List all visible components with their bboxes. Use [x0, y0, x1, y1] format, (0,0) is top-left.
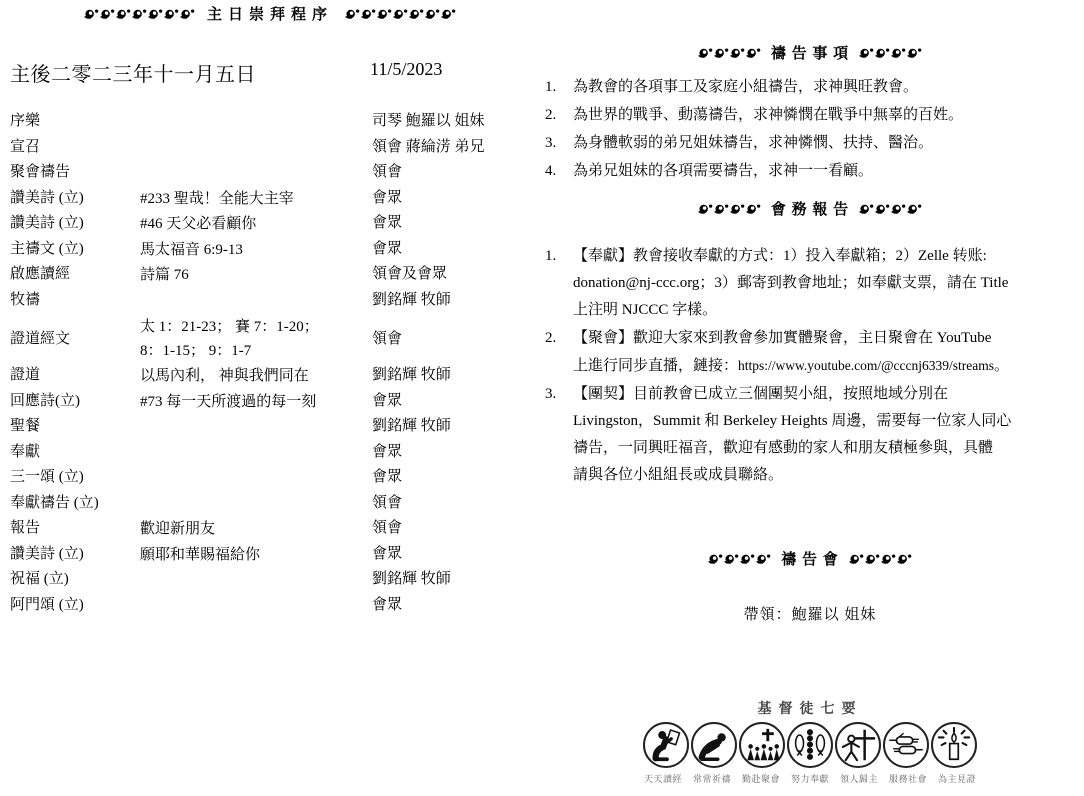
swirl-ornament-right — [345, 8, 456, 19]
program-leader-cell: 劉銘輝 牧師 — [372, 289, 538, 312]
lead-people-to-lord-icon — [835, 722, 881, 768]
prayer-requests-list: 為教會的各項事工及家庭小組禱告，求神興旺教會。 為世界的戰爭、動蕩禱告，求神憐憫… — [543, 73, 1077, 185]
prayer-requests-title: 禱 告 事 項 — [771, 42, 849, 63]
program-leader-cell: 會眾 — [372, 466, 538, 489]
program-leader-cell: 劉銘輝 牧師 — [372, 568, 538, 591]
prayer-meeting-header: 禱 告 會 — [543, 548, 1077, 569]
program-leader-cell: 劉銘輝 牧師 — [372, 415, 538, 438]
announcements-list: 【奉獻】教會接收奉獻的方式：1）投入奉獻箱；2）Zelle 转账: donati… — [543, 243, 1077, 489]
program-leader-cell: 領會 — [372, 161, 538, 184]
attend-meetings-icon — [739, 722, 785, 768]
essential-label: 勤赴聚會 — [738, 772, 785, 785]
program-row: 祝福 (立) 劉銘輝 牧師 — [10, 568, 538, 594]
program-leader-cell: 會眾 — [372, 594, 538, 617]
essential-label: 為主見證 — [934, 772, 981, 785]
swirl-ornament-left — [698, 203, 761, 214]
essential-label: 天天讀經 — [640, 772, 687, 785]
program-row: 回應詩(立) #73 每一天所渡過的每一刻 會眾 — [10, 390, 538, 416]
program-item-cell: 阿門頌 (立) — [10, 594, 140, 617]
swirl-ornament-left — [698, 47, 761, 58]
swirl-ornament-left — [84, 8, 195, 19]
program-row: 三一頌 (立) 會眾 — [10, 466, 538, 492]
prayer-requests-section: 禱 告 事 項 為教會的各項事工及家庭小組禱告，求神興旺教會。 為世界的戰爭、動… — [543, 42, 1077, 185]
program-leader-cell: 會眾 — [372, 543, 538, 566]
program-row: 奉獻禱告 (立) 領會 — [10, 492, 538, 518]
diligent-offering-icon — [787, 722, 833, 768]
program-item-cell: 聖餐 — [10, 415, 140, 438]
essential-label: 服務社會 — [885, 772, 932, 785]
prayer-request-item: 為身體軟弱的弟兄姐妹禱告，求神憐憫、扶持、醫治。 — [543, 129, 1077, 157]
seven-essentials-icons — [543, 722, 1077, 768]
swirl-ornament-right — [849, 553, 912, 564]
program-leader-cell: 司琴 鮑羅以 姐妹 — [372, 110, 538, 133]
program-leader-cell: 會眾 — [372, 238, 538, 261]
program-item-cell: 啟應讀經 — [10, 263, 140, 286]
program-item-cell: 奉獻禱告 (立) — [10, 492, 140, 515]
program-row: 讚美詩 (立) #233 聖哉！全能大主宰 會眾 — [10, 187, 538, 213]
program-item-cell: 讚美詩 (立) — [10, 543, 140, 566]
prayer-request-item: 為教會的各項事工及家庭小組禱告，求神興旺教會。 — [543, 73, 1077, 101]
program-item-cell: 牧禱 — [10, 289, 140, 312]
program-detail-cell: 以馬內利， 神與我們同在 — [140, 364, 372, 388]
daily-bible-reading-icon — [643, 722, 689, 768]
program-item-cell: 三一頌 (立) — [10, 466, 140, 489]
program-detail-cell: #73 每一天所渡過的每一刻 — [140, 390, 372, 414]
announcement-item-offering: 【奉獻】教會接收奉獻的方式：1）投入奉獻箱；2）Zelle 转账: donati… — [543, 243, 1077, 324]
prayer-meeting-title: 禱 告 會 — [781, 548, 839, 569]
program-row: 阿門頌 (立) 會眾 — [10, 594, 538, 620]
program-leader-cell: 會眾 — [372, 187, 538, 210]
witness-for-lord-icon — [931, 722, 977, 768]
swirl-ornament-right — [859, 203, 922, 214]
service-date-numeric: 11/5/2023 — [370, 59, 442, 80]
program-leader-cell: 會眾 — [372, 212, 538, 235]
essential-label: 領人歸主 — [836, 772, 883, 785]
program-item-cell: 祝福 (立) — [10, 568, 140, 591]
prayer-request-item: 為弟兄姐妹的各項需要禱告，求神一一看顧。 — [543, 157, 1077, 185]
program-leader-cell: 領會 — [372, 517, 538, 540]
program-item-cell: 序樂 — [10, 110, 140, 133]
page-title: 主日崇拜程序 — [207, 3, 333, 24]
program-detail-cell: 馬太福音 6:9-13 — [140, 238, 372, 262]
program-row: 奉獻 會眾 — [10, 441, 538, 467]
announcement-fellowship-text: 【團契】目前教會已成立三個團契小組，按照地域分別在 Livingston，Sum… — [573, 386, 1011, 483]
program-item-cell: 聚會禱告 — [10, 161, 140, 184]
announcement-offering-text: 【奉獻】教會接收奉獻的方式：1）投入奉獻箱；2）Zelle 转账: donati… — [573, 248, 1008, 318]
service-date-chinese: 主後二零二三年十一月五日 — [10, 64, 256, 86]
announcement-item-fellowship: 【團契】目前教會已成立三個團契小組，按照地域分別在 Livingston，Sum… — [543, 381, 1077, 489]
program-row: 聖餐 劉銘輝 牧師 — [10, 415, 538, 441]
program-row: 讚美詩 (立) #46 天父必看顧你 會眾 — [10, 212, 538, 238]
program-detail-cell: 歡迎新朋友 — [140, 517, 372, 541]
program-leader-cell: 領會及會眾 — [372, 263, 538, 286]
program-row: 證道經文 太 1：21-23； 賽 7：1-20； 8：1-15； 9：1-7 … — [10, 314, 538, 364]
constant-prayer-icon — [691, 722, 737, 768]
youtube-link[interactable]: https://www.youtube.com/@cccnj6339/strea… — [738, 358, 994, 373]
program-detail-cell: #46 天父必看顧你 — [140, 212, 372, 236]
prayer-meeting-section: 禱 告 會 帶領：鮑羅以 姐妹 — [543, 548, 1077, 624]
swirl-ornament-left — [708, 553, 771, 564]
program-leader-cell: 劉銘輝 牧師 — [372, 364, 538, 387]
program-leader-cell: 領會 — [372, 492, 538, 515]
serve-society-icon — [883, 722, 929, 768]
prayer-requests-header: 禱 告 事 項 — [543, 42, 1077, 63]
program-row: 主禱文 (立) 馬太福音 6:9-13 會眾 — [10, 238, 538, 264]
program-row: 證道 以馬內利， 神與我們同在 劉銘輝 牧師 — [10, 364, 538, 390]
program-detail-cell: 詩篇 76 — [140, 263, 372, 287]
seven-essentials-labels: 天天讀經 常常祈禱 勤赴聚會 努力奉獻 領人歸主 服務社會 為主見證 — [543, 772, 1077, 785]
bulletin-page: 主日崇拜程序 主後二零二三年十一月五日 11/5/2023 序樂 司琴 鮑羅以 … — [0, 0, 1084, 796]
program-row: 宣召 領會 蔣綸淓 弟兄 — [10, 136, 538, 162]
program-row: 牧禱 劉銘輝 牧師 — [10, 289, 538, 315]
program-row: 聚會禱告 領會 — [10, 161, 538, 187]
program-leader-cell: 會眾 — [372, 390, 538, 413]
prayer-meeting-leader: 帶領：鮑羅以 姐妹 — [543, 603, 1077, 624]
program-detail-cell: 太 1：21-23； 賽 7：1-20； 8：1-15； 9：1-7 — [140, 315, 372, 363]
worship-order-header: 主日崇拜程序 — [60, 3, 480, 24]
program-row: 序樂 司琴 鮑羅以 姐妹 — [10, 110, 538, 136]
announcements-header: 會 務 報 告 — [543, 198, 1077, 219]
program-leader-cell: 領會 — [372, 328, 538, 351]
announcement-item-gathering: 【聚會】歡迎大家來到教會參加實體聚會，主日聚會在 YouTube 上進行同步直播… — [543, 325, 1077, 380]
program-detail-cell: #233 聖哉！全能大主宰 — [140, 187, 372, 211]
program-leader-cell: 會眾 — [372, 441, 538, 464]
essential-label: 努力奉獻 — [787, 772, 834, 785]
program-item-cell: 主禱文 (立) — [10, 238, 140, 261]
program-detail-cell: 願耶和華賜福給你 — [140, 543, 372, 567]
program-item-cell: 讚美詩 (立) — [10, 212, 140, 235]
order-of-worship-section: 主後二零二三年十一月五日 11/5/2023 序樂 司琴 鮑羅以 姐妹 宣召 領… — [10, 58, 538, 619]
program-item-cell: 奉獻 — [10, 441, 140, 464]
program-item-cell: 證道 — [10, 364, 140, 387]
swirl-ornament-right — [859, 47, 922, 58]
program-item-cell: 讚美詩 (立) — [10, 187, 140, 210]
program-leader-cell: 領會 蔣綸淓 弟兄 — [372, 136, 538, 159]
program-table: 序樂 司琴 鮑羅以 姐妹 宣召 領會 蔣綸淓 弟兄 聚會禱告 領會 — [10, 110, 538, 619]
essential-label: 常常祈禱 — [689, 772, 736, 785]
announcement-gathering-period: 。 — [994, 358, 1009, 374]
program-item-cell: 報告 — [10, 517, 140, 540]
announcements-section: 會 務 報 告 【奉獻】教會接收奉獻的方式：1）投入奉獻箱；2）Zelle 转账… — [543, 198, 1077, 490]
program-row: 啟應讀經 詩篇 76 領會及會眾 — [10, 263, 538, 289]
seven-essentials-title: 基督徒七要 — [543, 698, 1077, 718]
program-row: 報告 歡迎新朋友 領會 — [10, 517, 538, 543]
program-item-cell: 宣召 — [10, 136, 140, 159]
program-item-cell: 回應詩(立) — [10, 390, 140, 413]
program-item-cell: 證道經文 — [10, 328, 140, 351]
prayer-request-item: 為世界的戰爭、動蕩禱告，求神憐憫在戰爭中無辜的百姓。 — [543, 101, 1077, 129]
seven-essentials-section: 基督徒七要 — [543, 698, 1077, 785]
program-row: 讚美詩 (立) 願耶和華賜福給你 會眾 — [10, 543, 538, 569]
date-row: 主後二零二三年十一月五日 11/5/2023 — [10, 58, 538, 106]
announcements-title: 會 務 報 告 — [771, 198, 849, 219]
